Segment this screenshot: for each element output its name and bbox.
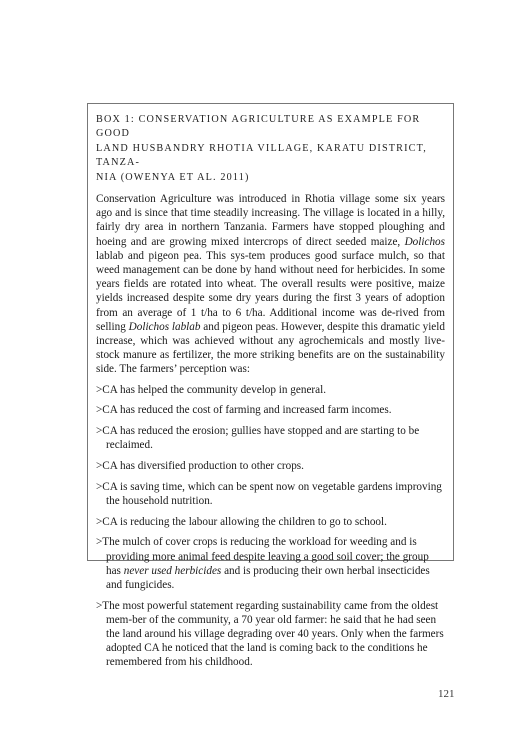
box-title: BOX 1: CONSERVATION AGRICULTURE AS EXAMP… (96, 113, 445, 185)
box-title-line: BOX 1: CONSERVATION AGRICULTURE AS EXAMP… (96, 113, 445, 142)
bullet-item: >CA is saving time, which can be spent n… (96, 480, 445, 508)
bullet-item: >CA is reducing the labour allowing the … (96, 515, 445, 529)
bullet-italic: never used herbicides (124, 565, 222, 577)
paragraph-italic: Dolichos (405, 236, 445, 248)
box-title-line: NIA (OWENYA ET AL. 2011) (96, 171, 445, 185)
box-paragraph: Conservation Agriculture was introduced … (96, 192, 445, 377)
box-title-line: LAND HUSBANDRY RHOTIA VILLAGE, KARATU DI… (96, 142, 445, 171)
bullet-item: >CA has reduced the erosion; gullies hav… (96, 424, 445, 452)
paragraph-italic: Dolichos lablab (129, 321, 201, 333)
page-number: 121 (438, 688, 455, 700)
bullet-item-last: >The most powerful statement regarding s… (96, 599, 445, 670)
paragraph-text: Conservation Agriculture was introduced … (96, 193, 445, 248)
bullet-item-mulch: >The mulch of cover crops is reducing th… (96, 535, 445, 592)
bullet-item: >CA has helped the community develop in … (96, 383, 445, 397)
bullet-item: >CA has diversified production to other … (96, 459, 445, 473)
text-box: BOX 1: CONSERVATION AGRICULTURE AS EXAMP… (87, 103, 454, 561)
bullet-item: >CA has reduced the cost of farming and … (96, 403, 445, 417)
